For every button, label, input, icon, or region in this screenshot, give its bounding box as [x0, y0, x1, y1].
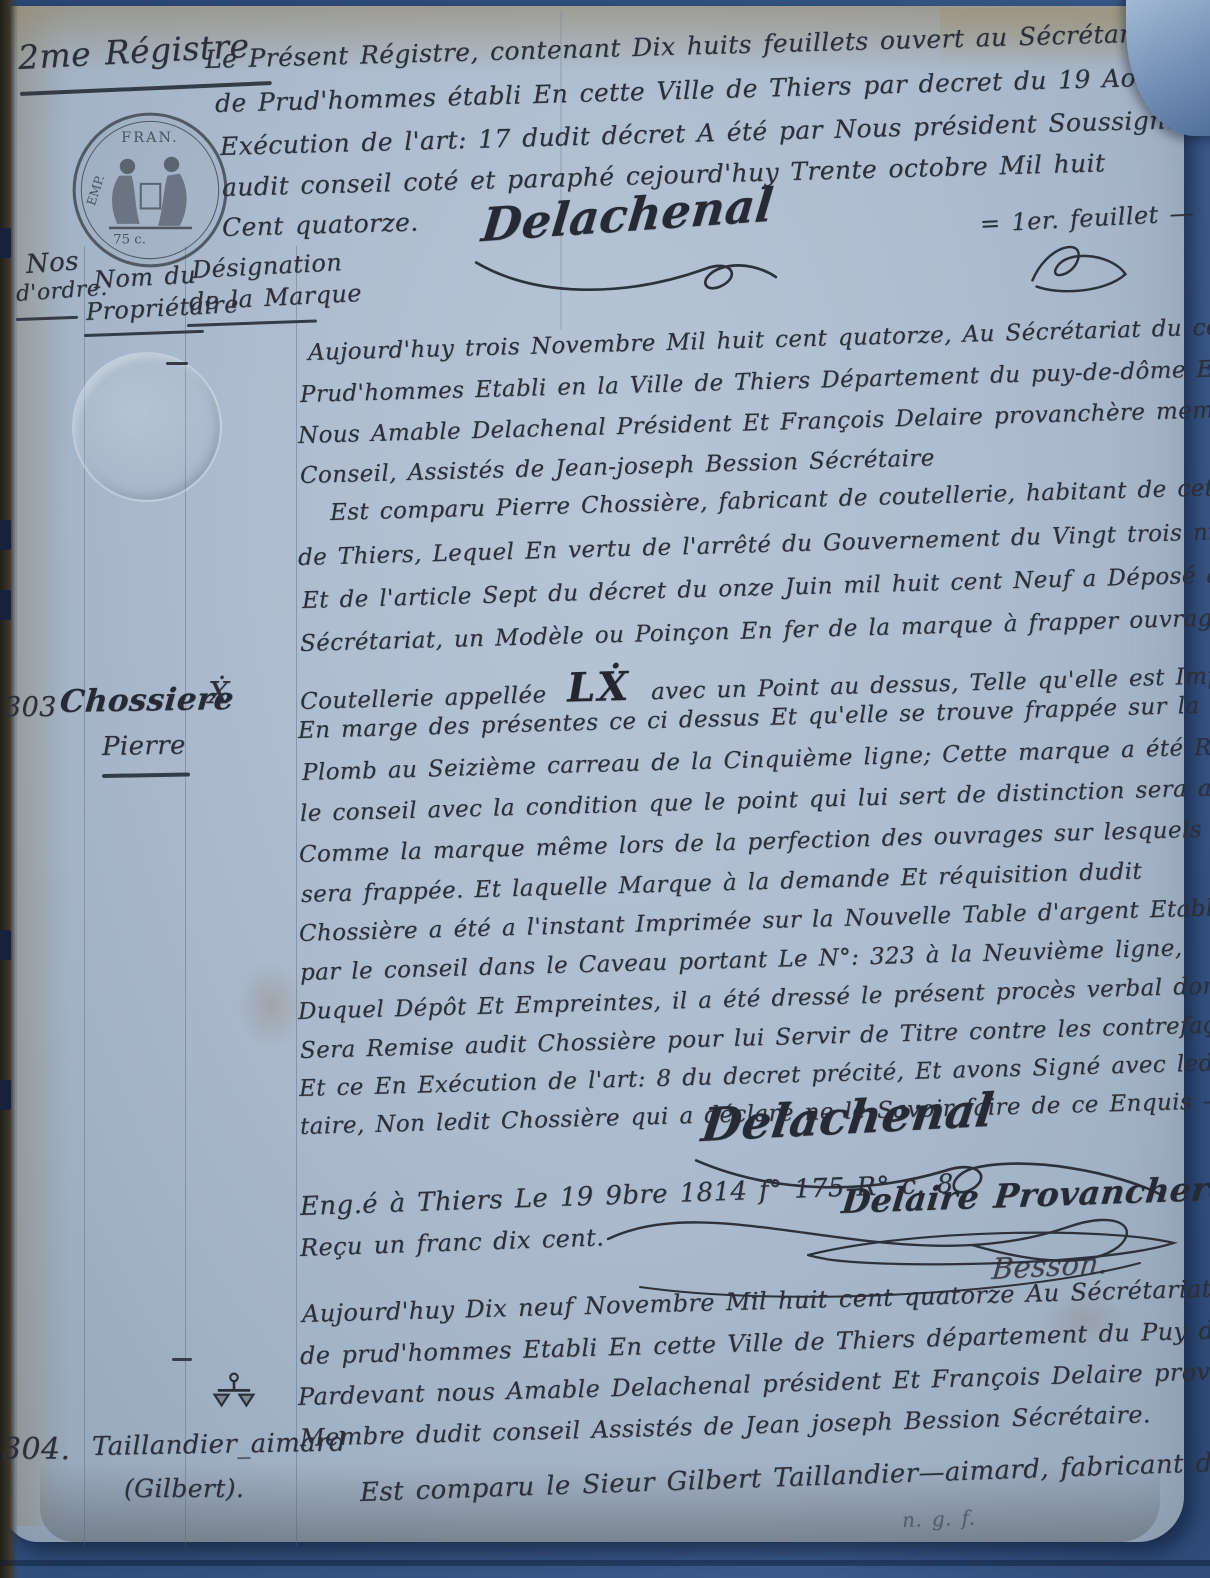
photo-vignette [0, 0, 1210, 1578]
photo-background: 2me Régistre 14 FRAN. EMP. 75 c. Le Prés… [0, 0, 1210, 1578]
